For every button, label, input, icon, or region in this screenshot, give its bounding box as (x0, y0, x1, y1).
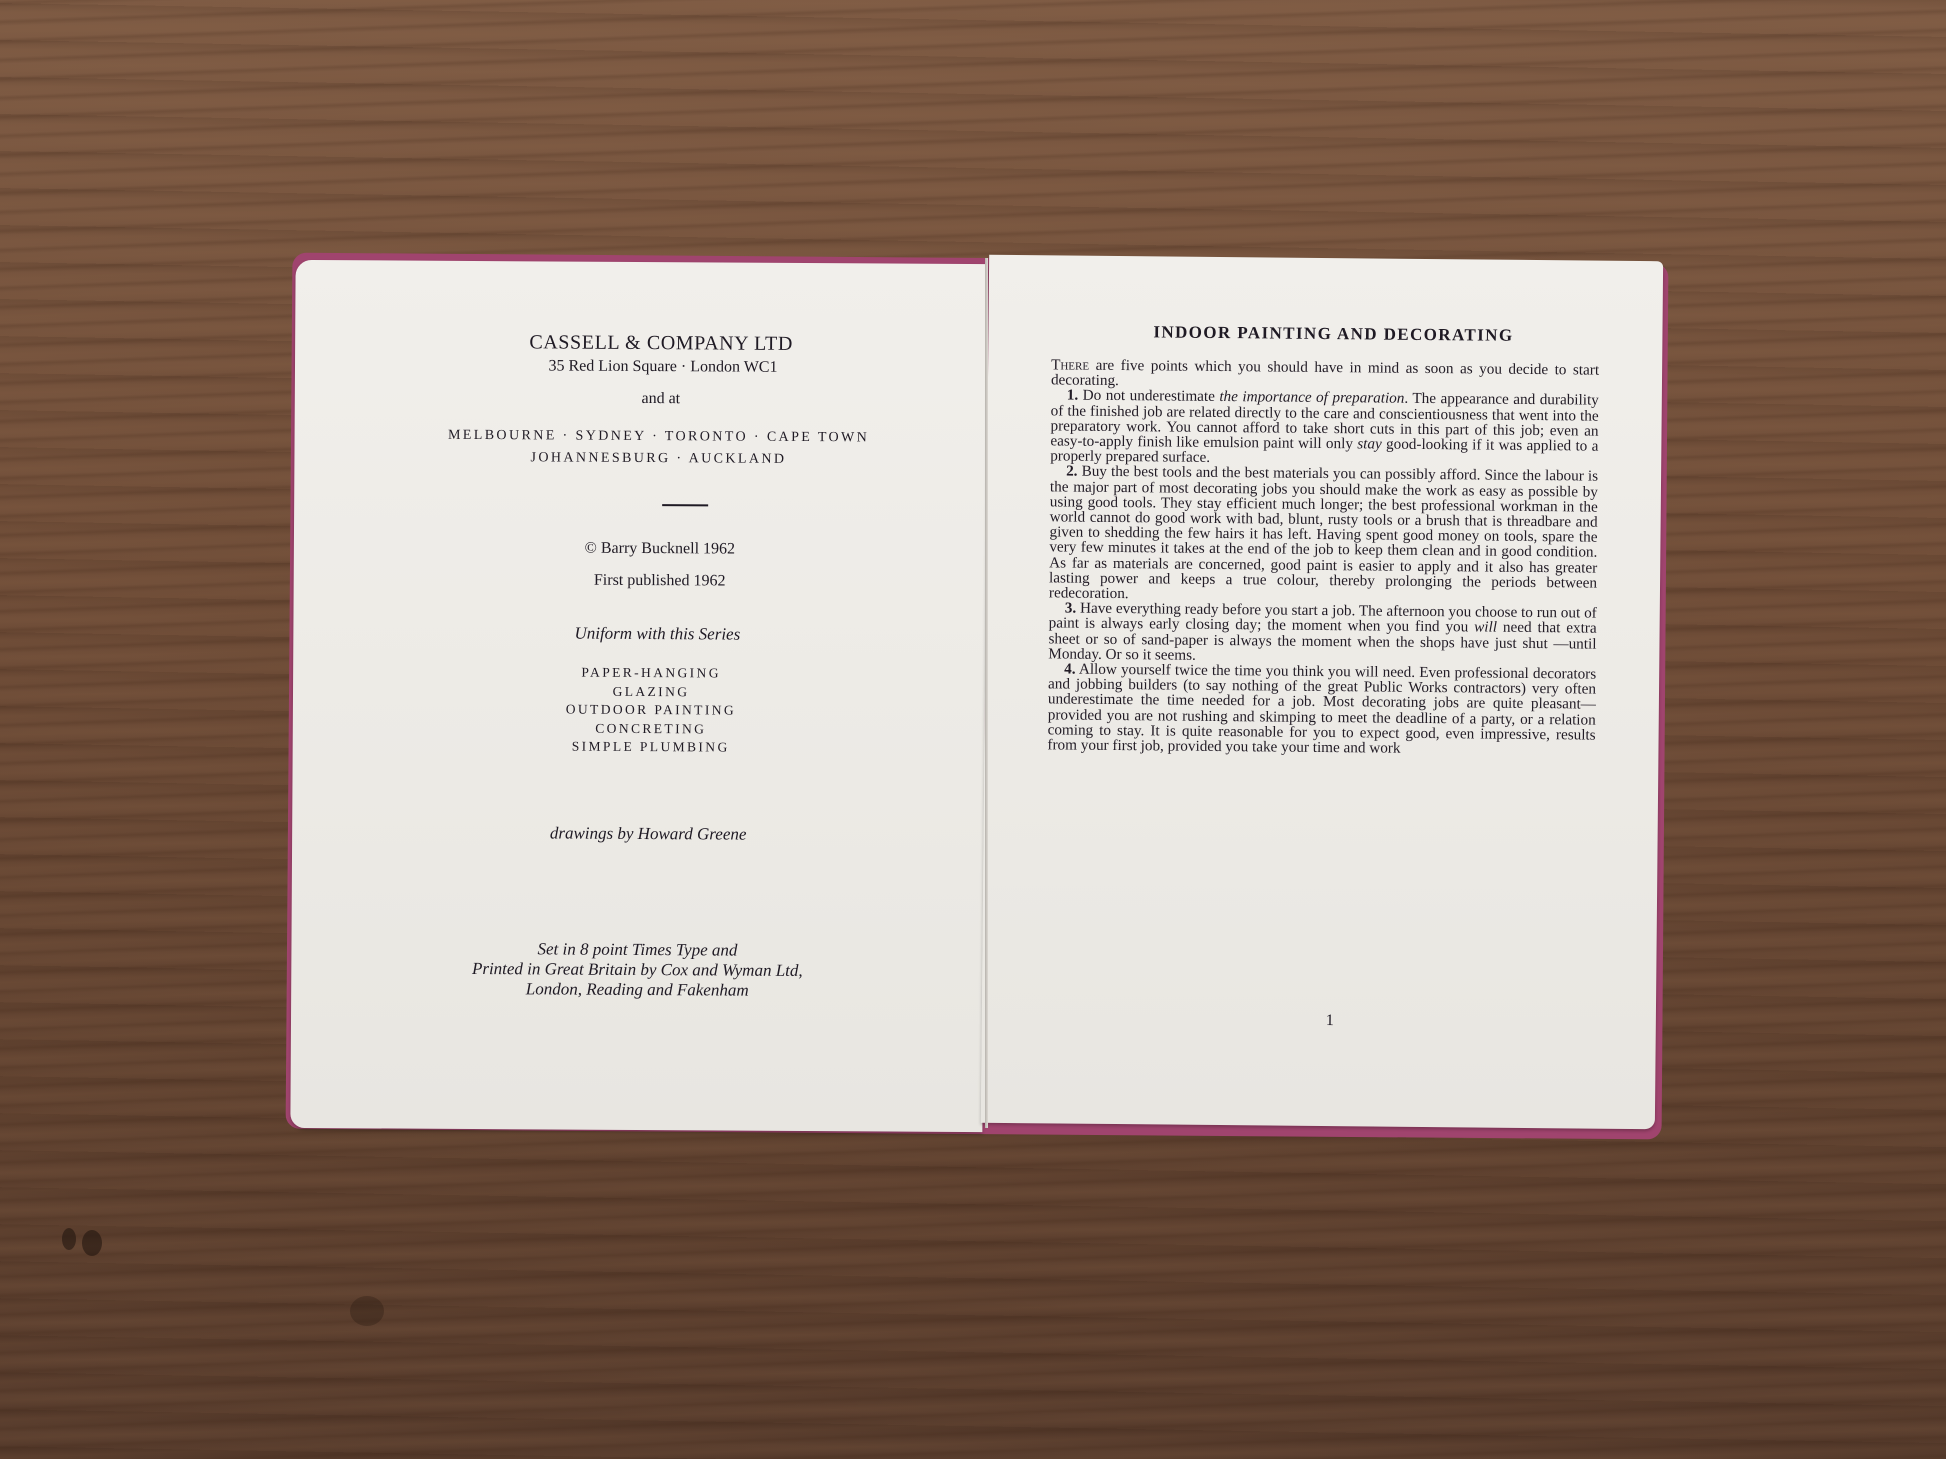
publisher-address: 35 Red Lion Square · London WC1 (295, 356, 1009, 378)
wood-knot (62, 1228, 76, 1250)
series-title: SIMPLE PLUMBING (305, 736, 997, 759)
page-number: 1 (982, 1009, 1656, 1033)
drawings-credit: drawings by Howard Greene (292, 822, 994, 846)
publisher-cities: MELBOURNE · SYDNEY · TORONTO · CAPE TOWN… (294, 424, 1004, 472)
series-list: PAPER-HANGING GLAZING OUTDOOR PAINTING C… (293, 662, 998, 759)
chapter-body: There are five points which you should h… (1047, 357, 1599, 758)
point-1: 1. Do not underestimate the importance o… (1050, 388, 1599, 469)
right-page: INDOOR PAINTING AND DECORATING There are… (981, 255, 1663, 1129)
wood-knot (82, 1230, 102, 1256)
publisher-name: CASSELL & COMPANY LTD (295, 330, 1007, 357)
first-published: First published 1962 (294, 570, 1006, 592)
printer-line: London, Reading and Fakenham (291, 978, 983, 1002)
point-4: 4. Allow yourself twice the time you thi… (1047, 661, 1596, 757)
copyright-notice: © Barry Bucknell 1962 (294, 538, 1006, 560)
and-at-label: and at (295, 388, 1007, 410)
divider-rule (662, 504, 708, 506)
left-page: CASSELL & COMPANY LTD 35 Red Lion Square… (290, 260, 987, 1132)
point-3: 3. Have everything ready before you star… (1048, 601, 1597, 667)
series-heading: Uniform with this Series (293, 622, 1003, 646)
booklet-spine-gutter (985, 258, 988, 1128)
printer-info: Set in 8 point Times Type and Printed in… (291, 938, 983, 1002)
cities-line: JOHANNESBURG · AUCKLAND (312, 446, 1004, 472)
chapter-title: INDOOR PAINTING AND DECORATING (988, 321, 1662, 347)
wood-knot (350, 1296, 384, 1326)
point-2: 2. Buy the best tools and the best mater… (1049, 464, 1598, 606)
